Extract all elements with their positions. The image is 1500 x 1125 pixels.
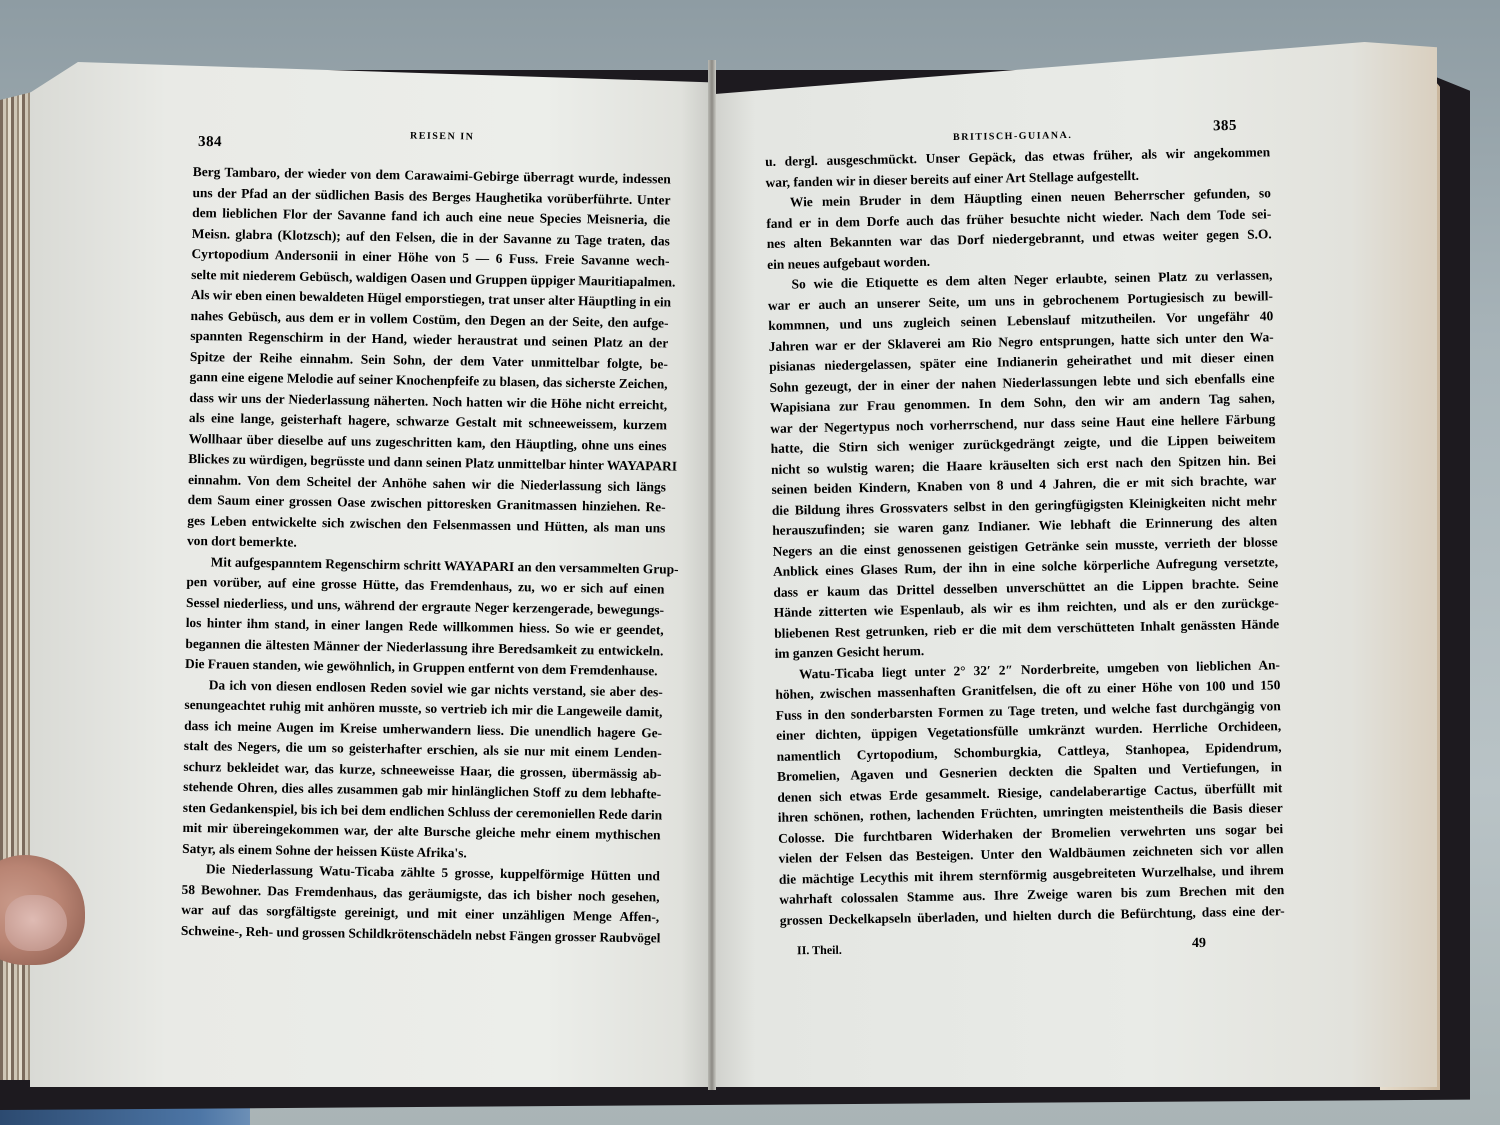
right-running-head: BRITISCH-GUIANA. — [953, 130, 1072, 143]
volume-signature: II. Theil. — [797, 943, 842, 958]
left-page-body: Berg Tambaro, der wieder von dem Carawai… — [181, 162, 671, 948]
thumbnail-nail — [5, 895, 67, 951]
sheet-signature: 49 — [1192, 936, 1206, 952]
right-page-number: 385 — [1213, 118, 1237, 135]
photo-scene: 384 REISEN IN BRITISCH-GUIANA. 385 Berg … — [0, 0, 1500, 1125]
right-page-body: u. dergl. ausgeschmückt. Unser Gepäck, d… — [765, 142, 1285, 931]
book-gutter — [708, 60, 716, 1090]
left-running-head: REISEN IN — [410, 131, 475, 143]
left-page-number: 384 — [198, 134, 222, 151]
